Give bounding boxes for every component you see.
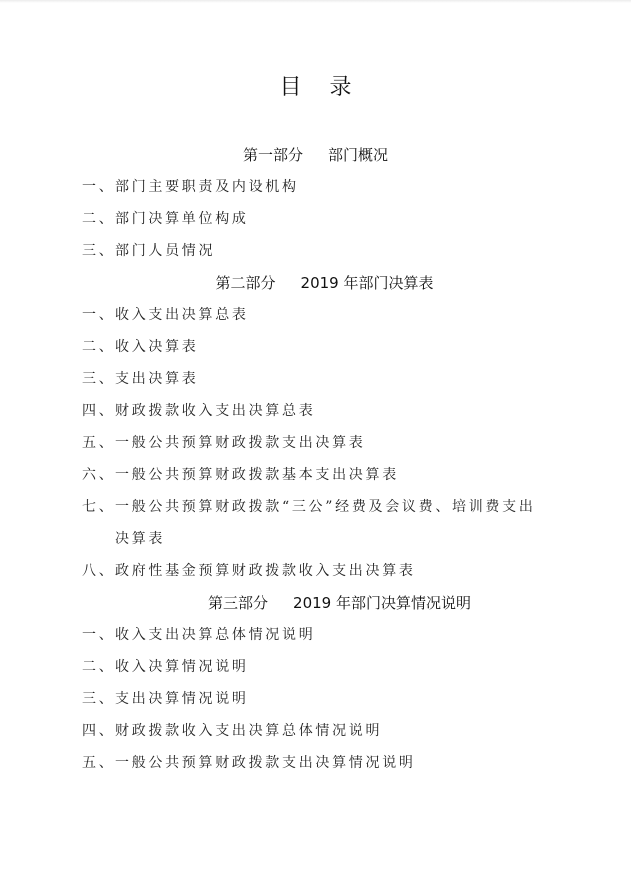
item-text: 一般公共预算财政拨款“三公”经费及会议费、培训费支出 [115,499,536,515]
page-top-edge [0,0,631,3]
toc-item[interactable]: 二、收入决算表 [0,331,631,363]
item-text: 一般公共预算财政拨款基本支出决算表 [115,467,399,483]
part-title: 2019 年部门决算情况说明 [293,594,471,612]
item-number: 三、 [82,683,115,715]
toc-item[interactable]: 七、一般公共预算财政拨款“三公”经费及会议费、培训费支出 [0,491,631,523]
item-number: 三、 [82,363,115,395]
item-number: 五、 [82,427,115,459]
toc-item[interactable]: 四、财政拨款收入支出决算总表 [0,395,631,427]
toc-item-continuation[interactable]: 决算表 [0,523,631,555]
part-heading-1[interactable]: 第一部分部门概况 [0,139,631,171]
item-number: 二、 [82,203,115,235]
part-heading-2[interactable]: 第二部分2019 年部门决算表 [0,267,631,299]
item-number: 一、 [82,299,115,331]
toc-item[interactable]: 一、部门主要职责及内设机构 [0,171,631,203]
toc-item[interactable]: 三、支出决算情况说明 [0,683,631,715]
item-number: 二、 [82,651,115,683]
item-text: 收入支出决算总表 [115,307,249,323]
item-text: 一般公共预算财政拨款支出决算表 [115,435,366,451]
item-text: 财政拨款收入支出决算总体情况说明 [115,723,382,739]
toc-item[interactable]: 一、收入支出决算总体情况说明 [0,619,631,651]
item-text: 财政拨款收入支出决算总表 [115,403,315,419]
toc-item[interactable]: 三、部门人员情况 [0,235,631,267]
toc-item[interactable]: 五、一般公共预算财政拨款支出决算表 [0,427,631,459]
toc-item[interactable]: 八、政府性基金预算财政拨款收入支出决算表 [0,555,631,587]
part-title: 2019 年部门决算表 [301,274,434,292]
toc-title-char-1: 目 [279,72,301,104]
item-number: 三、 [82,235,115,267]
item-text: 收入决算情况说明 [115,659,249,675]
toc-title-char-2: 录 [330,72,352,104]
item-text: 支出决算情况说明 [115,691,249,707]
part-label: 第三部分 [208,587,268,619]
item-text: 收入决算表 [115,339,199,355]
toc-item[interactable]: 六、一般公共预算财政拨款基本支出决算表 [0,459,631,491]
toc-item[interactable]: 二、部门决算单位构成 [0,203,631,235]
item-text: 收入支出决算总体情况说明 [115,627,315,643]
item-number: 四、 [82,715,115,747]
item-text-continuation: 决算表 [115,531,165,547]
item-number: 四、 [82,395,115,427]
item-number: 一、 [82,171,115,203]
item-number: 六、 [82,459,115,491]
part-heading-3[interactable]: 第三部分2019 年部门决算情况说明 [0,587,631,619]
item-number: 一、 [82,619,115,651]
item-text: 部门人员情况 [115,243,215,259]
part-title: 部门概况 [328,146,388,164]
table-of-contents: 第一部分部门概况 一、部门主要职责及内设机构 二、部门决算单位构成 三、部门人员… [0,139,631,779]
item-text: 一般公共预算财政拨款支出决算情况说明 [115,755,416,771]
part-label: 第一部分 [243,139,303,171]
item-text: 部门决算单位构成 [115,211,249,227]
toc-item[interactable]: 四、财政拨款收入支出决算总体情况说明 [0,715,631,747]
item-text: 支出决算表 [115,371,199,387]
toc-item[interactable]: 二、收入决算情况说明 [0,651,631,683]
item-text: 部门主要职责及内设机构 [115,179,299,195]
toc-item[interactable]: 三、支出决算表 [0,363,631,395]
toc-item[interactable]: 一、收入支出决算总表 [0,299,631,331]
item-number: 二、 [82,331,115,363]
item-number: 七、 [82,491,115,523]
item-number: 八、 [82,555,115,587]
toc-item[interactable]: 五、一般公共预算财政拨款支出决算情况说明 [0,747,631,779]
item-text: 政府性基金预算财政拨款收入支出决算表 [115,563,416,579]
toc-title: 目录 [0,72,631,104]
item-number: 五、 [82,747,115,779]
part-label: 第二部分 [216,267,276,299]
